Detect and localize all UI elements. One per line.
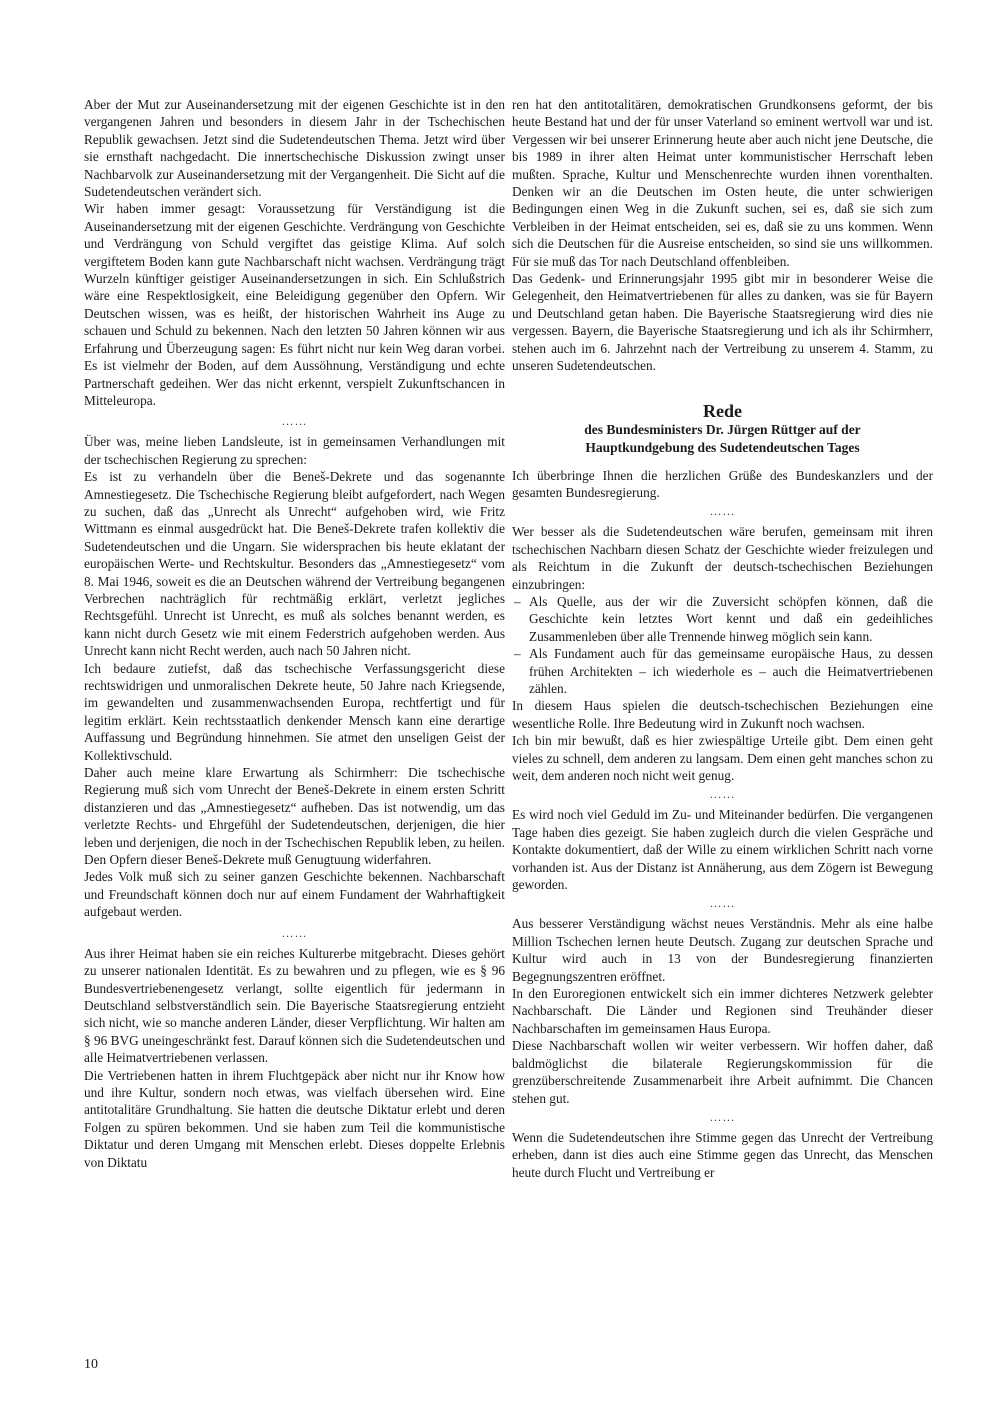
section-separator: …… (512, 897, 933, 909)
paragraph: Aus besserer Verständigung wächst neues … (512, 915, 933, 985)
paragraph: In den Euroregionen entwickelt sich ein … (512, 985, 933, 1037)
right-column: ren hat den antitotalitären, demokratisc… (512, 96, 933, 1181)
paragraph: ren hat den antitotalitären, demokratisc… (512, 96, 933, 270)
list-item: Als Fundament auch für das gemeinsame eu… (512, 645, 933, 697)
paragraph: In diesem Haus spielen die deutsch-tsche… (512, 697, 933, 732)
paragraph: Die Vertriebenen hatten in ihrem Fluchtg… (84, 1067, 505, 1171)
paragraph: Diese Nachbarschaft wollen wir weiter ve… (512, 1037, 933, 1107)
paragraph: Es ist zu verhandeln über die Beneš-Dekr… (84, 468, 505, 659)
page-number: 10 (84, 1357, 98, 1373)
section-separator: …… (84, 415, 505, 427)
speech-title: Rede (512, 401, 933, 421)
paragraph: Ich bin mir bewußt, daß es hier zwiespäl… (512, 732, 933, 784)
paragraph: Daher auch meine klare Erwartung als Sch… (84, 764, 505, 868)
section-separator: …… (512, 1111, 933, 1123)
section-separator: …… (84, 927, 505, 939)
paragraph: Wir haben immer gesagt: Voraussetzung fü… (84, 200, 505, 409)
dash-list: Als Quelle, aus der wir die Zuversicht s… (512, 593, 933, 697)
paragraph: Jedes Volk muß sich zu seiner ganzen Ges… (84, 868, 505, 920)
paragraph: Aus ihrer Heimat haben sie ein reiches K… (84, 945, 505, 1067)
section-separator: …… (512, 505, 933, 517)
speech-subtitle-line1: des Bundesministers Dr. Jürgen Rüttger a… (512, 421, 933, 439)
paragraph: Ich überbringe Ihnen die herzlichen Grüß… (512, 467, 933, 502)
paragraph: Wer besser als die Sudetendeutschen wäre… (512, 523, 933, 593)
paragraph: Wenn die Sudetendeutschen ihre Stimme ge… (512, 1129, 933, 1181)
section-separator: …… (512, 788, 933, 800)
paragraph: Es wird noch viel Geduld im Zu- und Mite… (512, 806, 933, 893)
paragraph: Das Gedenk- und Erinnerungsjahr 1995 gib… (512, 270, 933, 374)
speech-heading: Rede des Bundesministers Dr. Jürgen Rütt… (512, 401, 933, 457)
paragraph: Aber der Mut zur Auseinandersetzung mit … (84, 96, 505, 200)
left-column: Aber der Mut zur Auseinandersetzung mit … (84, 96, 505, 1171)
paragraph: Über was, meine lieben Landsleute, ist i… (84, 433, 505, 468)
speech-subtitle-line2: Hauptkundgebung des Sudetendeutschen Tag… (512, 439, 933, 457)
list-item: Als Quelle, aus der wir die Zuversicht s… (512, 593, 933, 645)
paragraph: Ich bedaure zutiefst, daß das tschechisc… (84, 660, 505, 764)
